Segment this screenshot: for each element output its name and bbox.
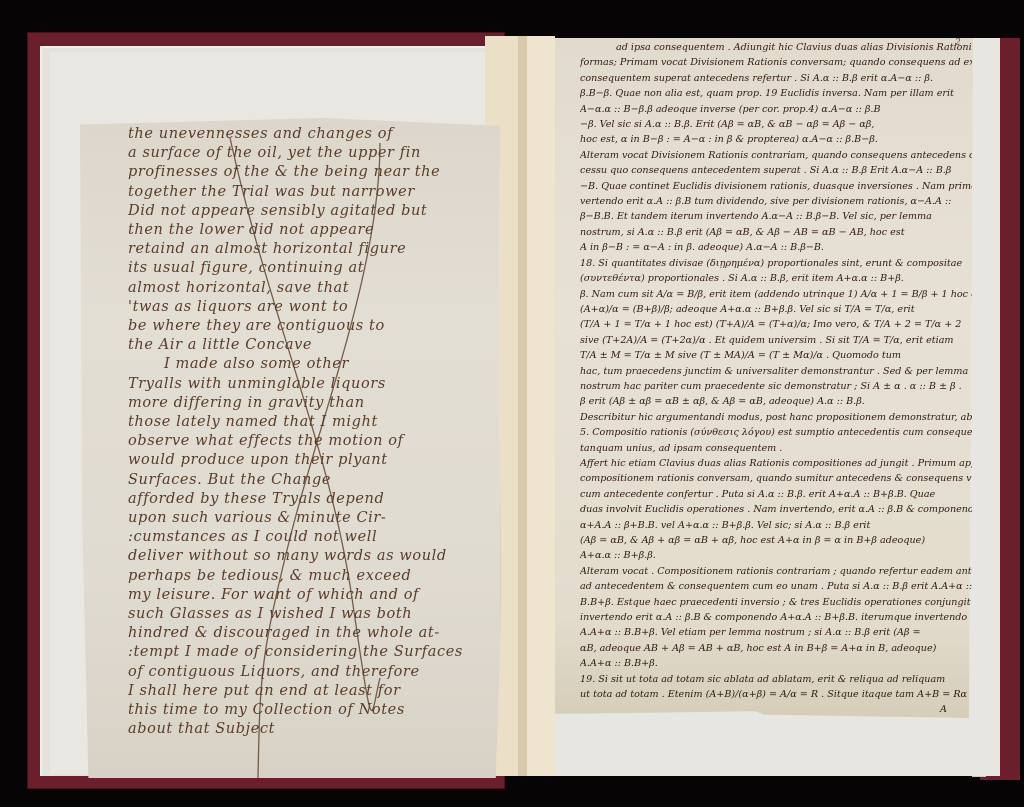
text-line: I shall here put an end at least for xyxy=(128,682,498,701)
text-line: this time to my Collection of Notes xyxy=(128,701,498,720)
text-line: −B. Quae continet Euclidis divisionem ra… xyxy=(580,179,972,194)
text-line: (Aβ = αB, & Aβ + αβ = αB + αβ, hoc est A… xyxy=(580,533,972,548)
text-line: Tryalls with unminglable liquors xyxy=(128,375,498,394)
text-line: A+α.α :: B+β.β. xyxy=(580,548,972,563)
text-line: its usual figure, continuing at xyxy=(128,259,498,278)
text-line: formas; Primam vocat Divisionem Rationis… xyxy=(580,55,972,70)
gutter-fold xyxy=(518,36,527,776)
text-line: such Glasses as I wished I was both xyxy=(128,605,498,624)
text-line: nostrum, si A.α :: B.β erit (Aβ = αB, & … xyxy=(580,225,972,240)
text-line: Affert hic etiam Clavius duas alias Rati… xyxy=(580,456,972,471)
text-line: sive (T+2A)/A = (T+2α)/α . Et quidem uni… xyxy=(580,333,972,348)
text-line: A−α.α :: B−β.β adeoque inverse (per cor.… xyxy=(580,102,972,117)
text-line: A in β−B : = α−A : in β. adeoque) A.α−A … xyxy=(580,240,972,255)
text-line: ad ipsa consequentem . Adiungit hic Clav… xyxy=(580,40,972,55)
text-line: α+A.A :: β+B.B. vel A+α.α :: B+β.β. Vel … xyxy=(580,518,972,533)
text-line: about that Subject xyxy=(128,720,498,739)
text-line: Did not appeare sensibly agitated but xyxy=(128,202,498,221)
text-line: hac, tum praecedens junctim & universali… xyxy=(580,364,972,379)
text-line: those lately named that I might xyxy=(128,413,498,432)
text-line: the unevennesses and changes of xyxy=(128,125,498,144)
text-line: duas involvit Euclidis operationes . Nam… xyxy=(580,502,972,517)
text-line: profinesses of the & the being near the xyxy=(128,163,498,182)
text-line: 'twas as liquors are wont to xyxy=(128,298,498,317)
text-line: Alteram vocat Divisionem Rationis contra… xyxy=(580,148,972,163)
right-page-text: ad ipsa consequentem . Adiungit hic Clav… xyxy=(580,40,972,718)
text-line: B.B+β. Estque haec praecedenti inversio … xyxy=(580,595,972,610)
text-line: A.A+α :: B.B+β. xyxy=(580,656,972,671)
text-line: cessu quo consequens antecedentem supera… xyxy=(580,163,972,178)
text-line: would produce upon their plyant xyxy=(128,451,498,470)
text-line: hoc est, α in B−β : = A−α : in β & propt… xyxy=(580,132,972,147)
text-line: hindred & discouraged in the whole at- xyxy=(128,624,498,643)
text-line: together the Trial was but narrower xyxy=(128,183,498,202)
gutter-guard-right xyxy=(527,36,555,776)
text-line: ad antecedentem & consequentem cum eo un… xyxy=(580,579,972,594)
text-line: my leisure. For want of which and of xyxy=(128,586,498,605)
text-line: cum antecedente confertur . Puta si A.α … xyxy=(580,487,972,502)
text-line: a surface of the oil, yet the upper fin xyxy=(128,144,498,163)
text-line: :tempt I made of considering the Surface… xyxy=(128,643,498,662)
text-line: be where they are contiguous to xyxy=(128,317,498,336)
text-line: perhaps be tedious, & much exceed xyxy=(128,567,498,586)
text-line: αB, adeoque AB + Aβ = AB + αB, hoc est A… xyxy=(580,641,972,656)
text-line: tanquam unius, ad ipsam consequentem . xyxy=(580,441,972,456)
text-line: 18. Si quantitates divisae (διῃρημένα) p… xyxy=(580,256,972,271)
text-line: (συντεθέντα) proportionales . Si A.α :: … xyxy=(580,271,972,286)
text-line: ut tota ad totam . Etenim (A+B)/(α+β) = … xyxy=(580,687,972,702)
text-line: (A+α)/α = (B+β)/β; adeoque A+α.α :: B+β.… xyxy=(580,302,972,317)
text-line: then the lower did not appeare xyxy=(128,221,498,240)
text-line: 19. Si sit ut tota ad totam sic ablata a… xyxy=(580,672,972,687)
text-line: observe what effects the motion of xyxy=(128,432,498,451)
left-page-text: the unevennesses and changes of a surfac… xyxy=(128,125,498,740)
text-line: the Air a little Concave xyxy=(128,336,498,355)
text-line: β. Nam cum sit A/α = B/β, erit item (add… xyxy=(580,287,972,302)
text-line: T/A ± M = T/α ± M sive (T ± MA)/A = (T ±… xyxy=(580,348,972,363)
text-line: 5. Compositio rationis (σύνθεσις λόγου) … xyxy=(580,425,972,440)
text-line: retaind an almost horizontal figure xyxy=(128,240,498,259)
text-line: A xyxy=(580,702,972,717)
text-line: compositionem rationis conversam, quando… xyxy=(580,471,972,486)
text-line: β erit (Aβ ± αβ = αB ± αβ, & Aβ = αB, ad… xyxy=(580,394,972,409)
text-line: upon such various & minute Cir- xyxy=(128,509,498,528)
text-line: more differing in gravity than xyxy=(128,394,498,413)
text-line: of contiguous Liquors, and therefore xyxy=(128,663,498,682)
text-line: −β. Vel sic si A.α :: B.β. Erit (Aβ = αB… xyxy=(580,117,972,132)
text-line: invertendo erit α.A :: β.B & componendo … xyxy=(580,610,972,625)
text-line: β−B.B. Et tandem iterum invertendo A.α−A… xyxy=(580,209,972,224)
text-line: afforded by these Tryals depend xyxy=(128,490,498,509)
text-line: almost horizontal, save that xyxy=(128,279,498,298)
text-line: consequentem superat antecedens refertur… xyxy=(580,71,972,86)
text-line: deliver without so many words as would xyxy=(128,547,498,566)
text-line: nostrum hac pariter cum praecedente sic … xyxy=(580,379,972,394)
text-line: Alteram vocat . Compositionem rationis c… xyxy=(580,564,972,579)
text-line: vertendo erit α.A :: β.B tum dividendo, … xyxy=(580,194,972,209)
text-line: A.A+α :: B.B+β. Vel etiam per lemma nost… xyxy=(580,625,972,640)
text-line: (T/A + 1 = T/α + 1 hoc est) (T+A)/A = (T… xyxy=(580,317,972,332)
text-line: Surfaces. But the Change xyxy=(128,471,498,490)
text-line: Describitur hic argumentandi modus, post… xyxy=(580,410,972,425)
text-line: :cumstances as I could not well xyxy=(128,528,498,547)
text-line: β.B−β. Quae non alia est, quam prop. 19 … xyxy=(580,86,972,101)
text-line: I made also some other xyxy=(128,355,498,374)
